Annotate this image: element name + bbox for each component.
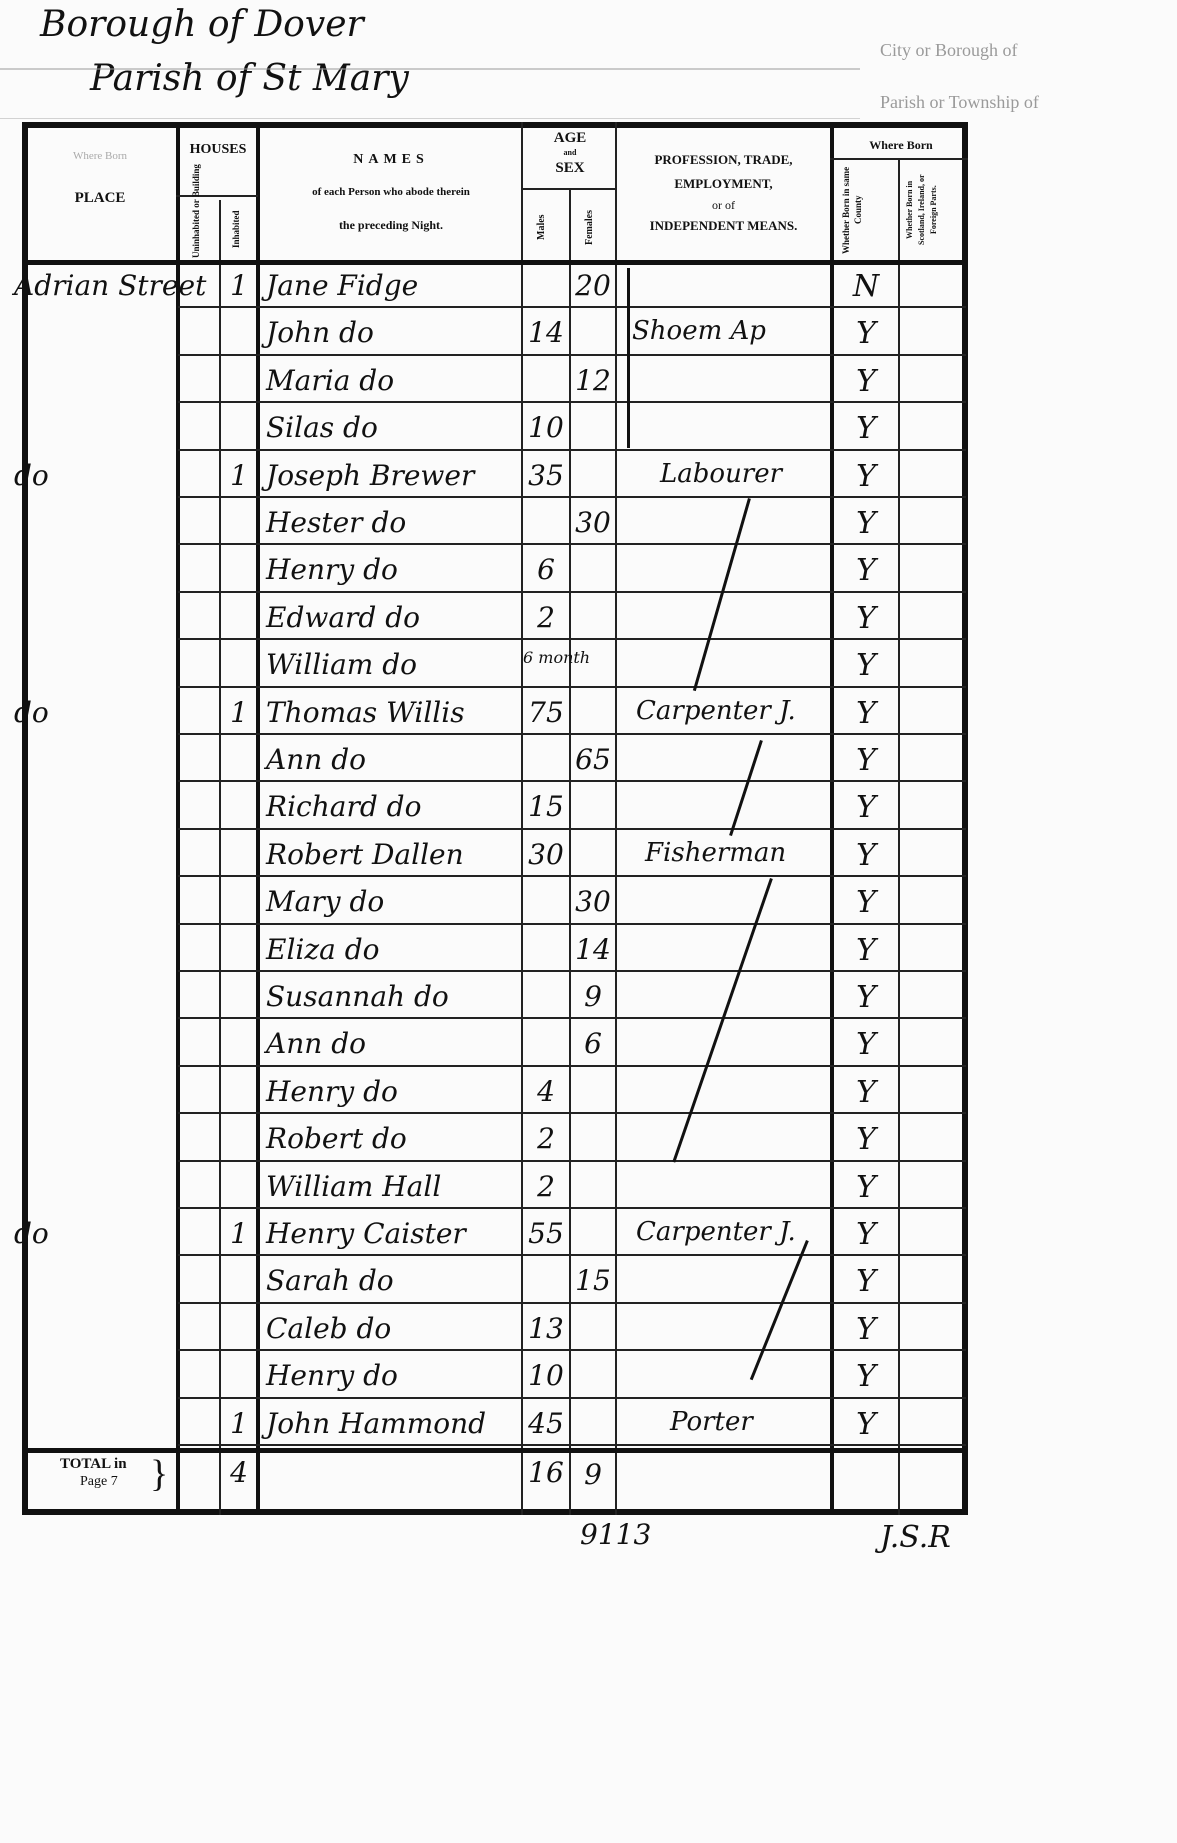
row-born-county: Y xyxy=(834,364,898,399)
born-county-header: Whether Born in same County xyxy=(840,165,890,255)
row-born-county: Y xyxy=(834,696,898,731)
row-male-age: 15 xyxy=(523,790,569,823)
row-male-age: 35 xyxy=(523,459,569,492)
heading-rule-2 xyxy=(0,118,860,119)
row-born-county: Y xyxy=(834,506,898,541)
row-born-county: Y xyxy=(834,838,898,873)
row-inhabited: 1 xyxy=(222,696,256,729)
born-subrule xyxy=(830,158,968,160)
row-rule xyxy=(178,1444,966,1446)
row-born-county: Y xyxy=(834,790,898,825)
totals-label-1: TOTAL in xyxy=(60,1456,127,1473)
header-bottom-rule xyxy=(22,260,968,265)
houses-subrule xyxy=(176,195,258,197)
row-female-age: 6 xyxy=(571,1027,615,1060)
row-born-county: Y xyxy=(834,1359,898,1394)
row-born-county: Y xyxy=(834,411,898,446)
row-name: Ann do xyxy=(266,1027,520,1060)
row-name: Thomas Willis xyxy=(266,696,520,729)
row-name: Mary do xyxy=(266,885,520,918)
place-faded-note: Where Born xyxy=(30,150,170,162)
faded-printed-borough: City or Borough of xyxy=(880,40,1018,61)
row-born-county: Y xyxy=(834,885,898,920)
row-born-county: Y xyxy=(834,980,898,1015)
inhabited-header: Inhabited xyxy=(230,200,246,258)
row-rule xyxy=(178,543,966,545)
col-divider xyxy=(615,122,617,1515)
row-name: John do xyxy=(266,316,520,349)
footer-mark-left: 9113 xyxy=(580,1518,651,1551)
row-born-county: Y xyxy=(834,1312,898,1347)
row-rule xyxy=(178,780,966,782)
row-inhabited: 1 xyxy=(222,269,256,302)
row-name: Robert Dallen xyxy=(266,838,520,871)
totals-inhabited: 4 xyxy=(222,1456,256,1489)
row-born-county: Y xyxy=(834,553,898,588)
row-rule xyxy=(178,354,966,356)
row-name: Edward do xyxy=(266,601,520,634)
row-place: do xyxy=(14,1217,174,1250)
born-foreign-header: Whether Born in Scotland, Ireland, or Fo… xyxy=(904,165,962,255)
names-header: NAMES xyxy=(260,152,522,168)
row-male-age: 75 xyxy=(523,696,569,729)
row-rule xyxy=(178,970,966,972)
row-born-county: Y xyxy=(834,601,898,636)
row-rule xyxy=(178,638,966,640)
row-male-age: 13 xyxy=(523,1312,569,1345)
row-name: John Hammond xyxy=(266,1407,520,1440)
row-rule xyxy=(178,401,966,403)
row-born-county: Y xyxy=(834,1217,898,1252)
heading-rule xyxy=(0,68,860,70)
row-born-county: N xyxy=(834,269,898,304)
row-place: do xyxy=(14,459,174,492)
row-place: do xyxy=(14,696,174,729)
row-occupation: Shoem Ap xyxy=(632,316,828,346)
row-rule xyxy=(178,306,966,308)
uninhabited-header: Uninhabited or Building xyxy=(190,200,214,258)
age-header: AGE xyxy=(523,130,617,147)
row-male-age: 6 xyxy=(523,553,569,586)
row-male-age: 55 xyxy=(523,1217,569,1250)
profession-header-1: PROFESSION, TRADE, xyxy=(617,152,830,168)
row-female-age: 14 xyxy=(571,933,615,966)
names-subheader-2: the preceding Night. xyxy=(260,218,522,233)
totals-females: 9 xyxy=(571,1458,615,1491)
row-rule xyxy=(178,733,966,735)
row-female-age: 9 xyxy=(571,980,615,1013)
row-occupation: Fisherman xyxy=(645,838,841,868)
females-header: Females xyxy=(584,200,604,255)
row-occupation: Carpenter J. xyxy=(636,696,832,726)
row-name: Jane Fidge xyxy=(266,269,520,302)
row-male-age: 2 xyxy=(523,1122,569,1155)
row-place: Adrian Street xyxy=(14,269,174,302)
place-header: PLACE xyxy=(30,190,170,207)
row-born-county: Y xyxy=(834,1264,898,1299)
row-name: Joseph Brewer xyxy=(266,459,520,492)
row-rule xyxy=(178,1302,966,1304)
row-born-county: Y xyxy=(834,1027,898,1062)
row-name: Richard do xyxy=(266,790,520,823)
col-divider xyxy=(256,122,260,1515)
row-male-age: 4 xyxy=(523,1075,569,1108)
row-inhabited: 1 xyxy=(222,1407,256,1440)
row-female-age: 30 xyxy=(571,885,615,918)
row-male-age: 2 xyxy=(523,601,569,634)
row-male-age: 6 month xyxy=(523,648,569,667)
row-born-county: Y xyxy=(834,459,898,494)
faded-printed-parish: Parish or Township of xyxy=(880,92,1039,113)
row-name: Henry do xyxy=(266,1075,520,1108)
profession-header-3: or of xyxy=(617,198,830,213)
col-divider xyxy=(219,200,221,1515)
totals-males: 16 xyxy=(523,1456,569,1489)
row-name: Hester do xyxy=(266,506,520,539)
totals-brace: } xyxy=(150,1452,168,1496)
males-header: Males xyxy=(536,200,556,255)
row-rule xyxy=(178,1207,966,1209)
row-rule xyxy=(178,828,966,830)
row-female-age: 12 xyxy=(571,364,615,397)
row-born-county: Y xyxy=(834,316,898,351)
row-born-county: Y xyxy=(834,648,898,683)
houses-header: HOUSES xyxy=(178,142,258,158)
row-name: William Hall xyxy=(266,1170,520,1203)
row-rule xyxy=(178,1112,966,1114)
row-female-age: 15 xyxy=(571,1264,615,1297)
row-rule xyxy=(178,1065,966,1067)
age-subrule xyxy=(521,188,617,190)
row-name: Robert do xyxy=(266,1122,520,1155)
footer-mark-right: J.S.R xyxy=(880,1520,951,1555)
row-born-county: Y xyxy=(834,743,898,778)
row-name: William do xyxy=(266,648,520,681)
row-name: Maria do xyxy=(266,364,520,397)
row-female-age: 20 xyxy=(571,269,615,302)
row-rule xyxy=(178,591,966,593)
row-born-county: Y xyxy=(834,1407,898,1442)
row-name: Eliza do xyxy=(266,933,520,966)
row-female-age: 30 xyxy=(571,506,615,539)
row-female-age: 65 xyxy=(571,743,615,776)
row-name: Caleb do xyxy=(266,1312,520,1345)
row-born-county: Y xyxy=(834,933,898,968)
row-rule xyxy=(178,1254,966,1256)
row-rule xyxy=(178,1160,966,1162)
row-male-age: 10 xyxy=(523,411,569,444)
col-divider xyxy=(176,122,180,1515)
row-name: Henry do xyxy=(266,1359,520,1392)
row-rule xyxy=(178,686,966,688)
row-male-age: 14 xyxy=(523,316,569,349)
col-divider xyxy=(898,160,900,1515)
row-male-age: 30 xyxy=(523,838,569,871)
row-rule xyxy=(178,449,966,451)
borough-title: Borough of Dover xyxy=(40,4,364,45)
profession-header-4: INDEPENDENT MEANS. xyxy=(617,218,830,234)
row-male-age: 2 xyxy=(523,1170,569,1203)
row-occupation: Labourer xyxy=(660,459,856,489)
row-rule xyxy=(178,875,966,877)
where-born-header: Where Born xyxy=(834,138,968,153)
row-name: Sarah do xyxy=(266,1264,520,1297)
row-born-county: Y xyxy=(834,1075,898,1110)
row-rule xyxy=(178,1397,966,1399)
age-and: and xyxy=(523,148,617,157)
row-born-county: Y xyxy=(834,1122,898,1157)
row-occupation: Carpenter J. xyxy=(636,1217,832,1247)
totals-label-2: Page 7 xyxy=(80,1474,118,1490)
parish-title: Parish of St Mary xyxy=(90,58,409,99)
row-inhabited: 1 xyxy=(222,1217,256,1250)
row-rule xyxy=(178,923,966,925)
row-name: Silas do xyxy=(266,411,520,444)
profession-header-2: EMPLOYMENT, xyxy=(617,176,830,192)
row-rule xyxy=(178,1349,966,1351)
row-name: Susannah do xyxy=(266,980,520,1013)
row-name: Ann do xyxy=(266,743,520,776)
sex-header: SEX xyxy=(523,160,617,177)
row-name: Henry do xyxy=(266,553,520,586)
names-subheader-1: of each Person who abode therein xyxy=(260,186,522,198)
row-male-age: 45 xyxy=(523,1407,569,1440)
row-name: Henry Caister xyxy=(266,1217,520,1250)
ditto-bracket-line xyxy=(627,268,630,448)
row-born-county: Y xyxy=(834,1170,898,1205)
row-rule xyxy=(178,1017,966,1019)
row-inhabited: 1 xyxy=(222,459,256,492)
row-male-age: 10 xyxy=(523,1359,569,1392)
row-rule xyxy=(178,496,966,498)
